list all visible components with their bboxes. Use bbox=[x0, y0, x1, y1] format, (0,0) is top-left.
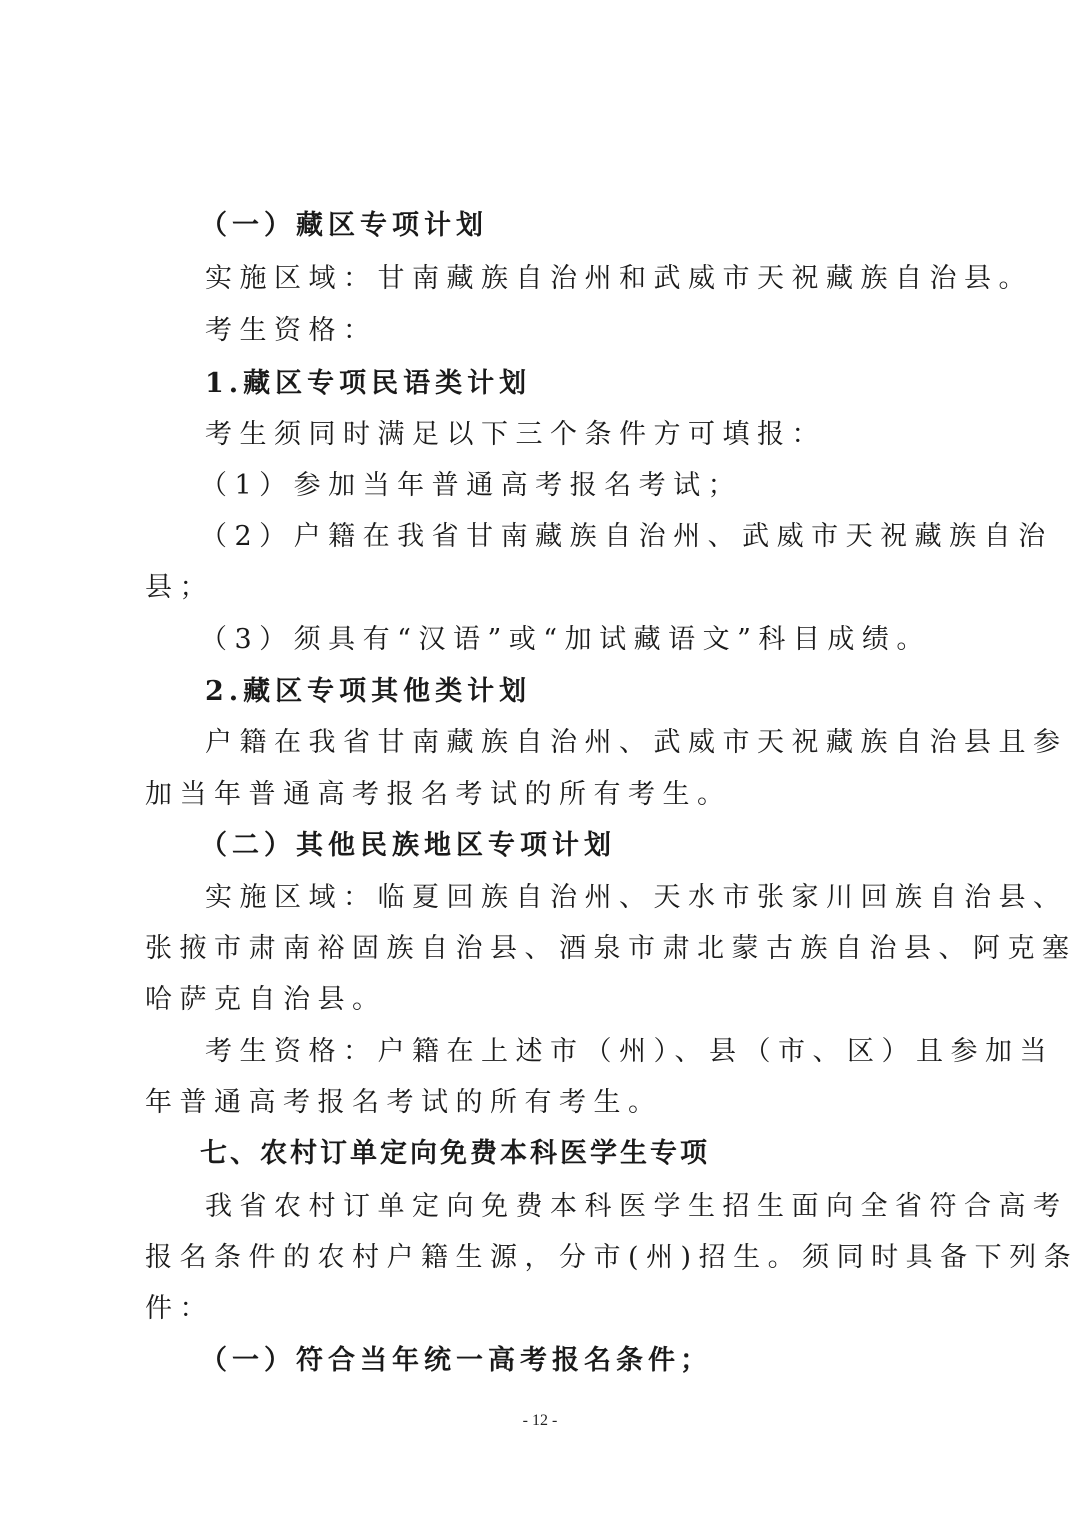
subheading-other-plan: 2.藏区专项其他类计划 bbox=[205, 672, 531, 712]
paragraph-implementation-area: 实施区域：甘南藏族自治州和武威市天祝藏族自治县。 bbox=[205, 259, 1033, 299]
paragraph-eligibility-label: 考生资格： bbox=[205, 311, 378, 351]
paragraph-regions-area: 实施区域：临夏回族自治州、天水市张家川回族自治县、 bbox=[205, 878, 1068, 918]
paragraph-regions-area-cont-2: 哈萨克自治县。 bbox=[145, 980, 387, 1020]
paragraph-regions-area-cont-1: 张掖市肃南裕固族自治县、酒泉市肃北蒙古族自治县、阿克塞 bbox=[145, 929, 1077, 969]
paragraph-rural-medical-cont-2: 件： bbox=[145, 1289, 214, 1329]
subheading-other-ethnic-regions: （二）其他民族地区专项计划 bbox=[200, 826, 616, 866]
condition-1: （1）参加当年普通高考报名考试； bbox=[200, 466, 742, 506]
condition-3: （3）须具有“汉语”或“加试藏语文”科目成绩。 bbox=[200, 620, 931, 660]
paragraph-regions-eligibility: 考生资格：户籍在上述市（州）、县（市、区）且参加当 bbox=[205, 1032, 1054, 1072]
paragraph-conditions-intro: 考生须同时满足以下三个条件方可填报： bbox=[205, 415, 826, 455]
condition-2: （2）户籍在我省甘南藏族自治州、武威市天祝藏族自治 bbox=[200, 517, 1053, 557]
section-heading-rural-medical: 七、农村订单定向免费本科医学生专项 bbox=[200, 1134, 710, 1174]
paragraph-rural-medical-cont-1: 报名条件的农村户籍生源，分市(州)招生。须同时具备下列条 bbox=[145, 1238, 1078, 1278]
page-number: - 12 - bbox=[0, 1412, 1080, 1430]
paragraph-other-plan: 户籍在我省甘南藏族自治州、武威市天祝藏族自治县且参 bbox=[205, 723, 1068, 763]
condition-2-cont: 县； bbox=[145, 568, 214, 608]
paragraph-regions-eligibility-cont: 年普通高考报名考试的所有考生。 bbox=[145, 1083, 663, 1123]
paragraph-rural-medical: 我省农村订单定向免费本科医学生招生面向全省符合高考 bbox=[205, 1187, 1068, 1227]
subheading-tibetan-special-plan: （一）藏区专项计划 bbox=[200, 206, 488, 246]
subheading-ethnic-language-plan: 1.藏区专项民语类计划 bbox=[205, 364, 531, 404]
condition-gaokao-registration: （一）符合当年统一高考报名条件； bbox=[200, 1341, 712, 1381]
document-page: （一）藏区专项计划 实施区域：甘南藏族自治州和武威市天祝藏族自治县。 考生资格：… bbox=[0, 0, 1080, 1527]
paragraph-other-plan-cont: 加当年普通高考报名考试的所有考生。 bbox=[145, 775, 732, 815]
